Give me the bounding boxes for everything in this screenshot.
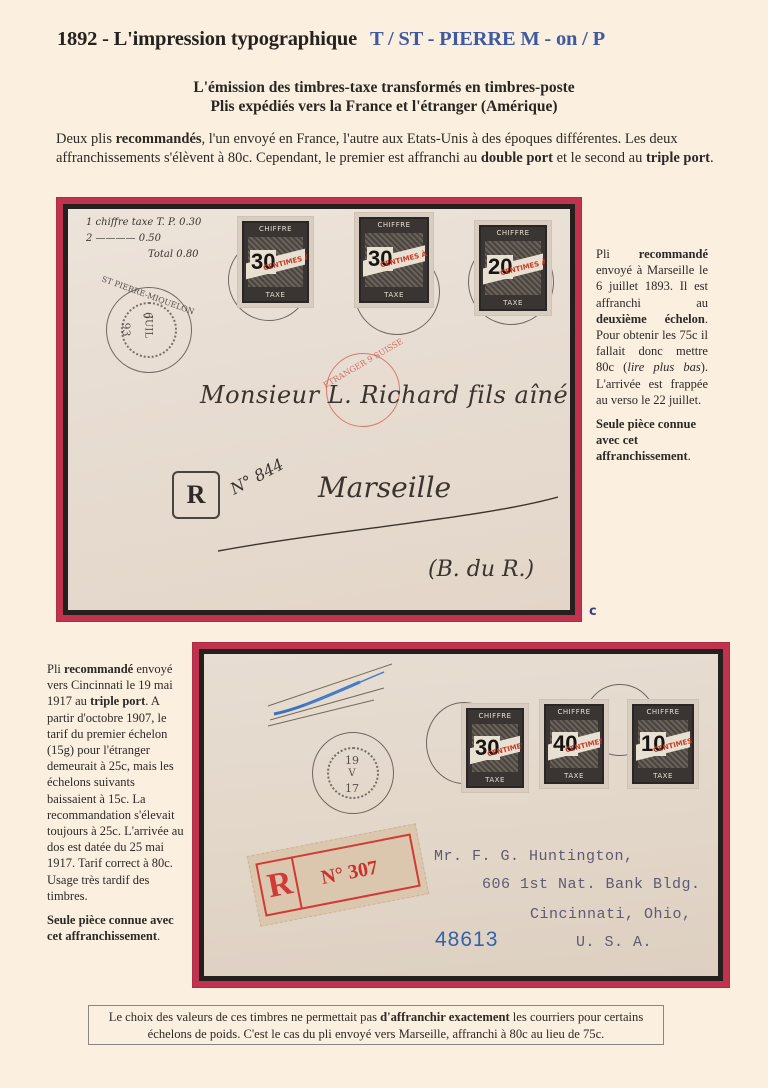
stamp-label: TAXE [481, 299, 545, 307]
side-note-1: Pli recommandé envoyé à Marseille le 6 j… [596, 246, 708, 473]
note-bold: triple port [90, 694, 145, 708]
blue-reference-number: 48613 [435, 928, 498, 952]
address-line-3: Cincinnati, Ohio, [530, 906, 692, 923]
note-text: Pli [596, 247, 639, 261]
note-text: Pli [47, 662, 64, 676]
postmark-year: 93 [120, 320, 133, 340]
stamp-label: CHIFFRE [634, 708, 692, 716]
stamp-20c: CHIFFRE20CENTIMES À PERCEVOIRTAXE [475, 221, 551, 315]
page-title: 1892 - L'impression typographique T / ST… [57, 28, 757, 51]
note-text: . [157, 929, 160, 943]
manuscript-note-line-1: 1 chiffre taxe T. P. 0.30 [86, 217, 201, 228]
postmark-year: 17 [337, 782, 367, 795]
cover-2-envelope: 19 V 17 CHIFFRE30CENTIMES À PERCEVOIRTAX… [204, 654, 718, 976]
note-text: . [688, 449, 691, 463]
intro-bold: double port [481, 150, 553, 166]
note-bold: deuxième échelon [596, 312, 705, 326]
stamp-label: CHIFFRE [481, 229, 545, 237]
footer-note: Le choix des valeurs de ces timbres ne p… [88, 1005, 664, 1045]
cover-1-envelope: 1 chiffre taxe T. P. 0.30 2 ———— 0.50 To… [68, 209, 570, 610]
cover-1-mat: 1 chiffre taxe T. P. 0.30 2 ———— 0.50 To… [63, 204, 575, 615]
cover-1-frame: 1 chiffre taxe T. P. 0.30 2 ———— 0.50 To… [56, 197, 582, 622]
stamp-label: TAXE [244, 291, 307, 299]
stamp-label: CHIFFRE [244, 225, 307, 233]
intro-text: Deux plis [56, 131, 116, 147]
stamp-label: TAXE [546, 772, 602, 780]
subtitle-line-2: Plis expédiés vers la France et l'étrang… [0, 97, 768, 116]
registration-mark: R [172, 471, 220, 519]
pencil-marks [264, 660, 394, 730]
address-line-4: U. S. A. [576, 934, 652, 951]
stamp-label: TAXE [634, 772, 692, 780]
manuscript-note-line-2: 2 ———— 0.50 [86, 233, 161, 244]
intro-text: et le second au [553, 150, 646, 166]
registration-label: R N° 307 [247, 823, 430, 926]
stamp-30c: CHIFFRE30CENTIMES À PERCEVOIRTAXE [462, 704, 528, 792]
postmark-month: V [337, 768, 367, 779]
address-line-3: (B. du R.) [428, 557, 534, 582]
stamp-30c: CHIFFRE30CENTIMES À PERCEVOIRTAXE [238, 217, 313, 307]
intro-bold: recommandés [116, 131, 202, 147]
intro-text: . [710, 150, 714, 166]
side-note-2: Pli recommandé envoyé vers Cincinnati le… [47, 661, 187, 952]
stamp-label: TAXE [468, 776, 522, 784]
stamp-40c: CHIFFRE40CENTIMES À PERCEVOIRTAXE [540, 700, 608, 788]
note-text: envoyé à Marseille le 6 juillet 1893. Il… [596, 263, 708, 309]
flourish-line [218, 489, 558, 559]
note-bold: Seule pièce connue avec cet affranchisse… [47, 913, 174, 943]
postmark-day: 19 [337, 754, 367, 767]
collection-mark: c [589, 604, 597, 619]
intro-bold: triple port [646, 150, 710, 166]
address-line-1: Mr. F. G. Huntington, [434, 848, 634, 865]
stamp-10c: CHIFFRE10CENTIMES À PERCEVOIRTAXE [628, 700, 698, 788]
stamp-label: TAXE [361, 291, 427, 299]
note-bold: Seule pièce connue avec cet affranchisse… [596, 417, 696, 463]
stamp-label: CHIFFRE [546, 708, 602, 716]
page-subtitle: L'émission des timbres-taxe transformés … [0, 78, 768, 116]
title-main: 1892 - L'impression typographique [57, 28, 357, 50]
title-accent: T / ST - PIERRE M - on / P [370, 28, 605, 50]
note-italic: lire plus bas [627, 360, 700, 374]
footer-bold: d'affranchir exactement [380, 1010, 510, 1024]
intro-paragraph: Deux plis recommandés, l'un envoyé en Fr… [56, 130, 716, 168]
stamp-label: CHIFFRE [361, 221, 427, 229]
subtitle-line-1: L'émission des timbres-taxe transformés … [0, 78, 768, 97]
cover-2-frame: 19 V 17 CHIFFRE30CENTIMES À PERCEVOIRTAX… [192, 642, 730, 988]
address-line-2: 606 1st Nat. Bank Bldg. [482, 876, 701, 893]
note-bold: recommandé [64, 662, 133, 676]
manuscript-note-line-3: Total 0.80 [148, 249, 199, 260]
stamp-30c: CHIFFRE30CENTIMES À PERCEVOIRTAXE [355, 213, 433, 307]
note-text: . A partir d'octobre 1907, le tarif du p… [47, 694, 184, 902]
stamp-label: CHIFFRE [468, 712, 522, 720]
postmark-month: JUIL [143, 305, 154, 349]
footer-text: Le choix des valeurs de ces timbres ne p… [109, 1010, 380, 1024]
cover-2-mat: 19 V 17 CHIFFRE30CENTIMES À PERCEVOIRTAX… [199, 649, 723, 981]
note-bold: recommandé [639, 247, 708, 261]
address-line-1: Monsieur L. Richard fils aîné [200, 381, 568, 409]
